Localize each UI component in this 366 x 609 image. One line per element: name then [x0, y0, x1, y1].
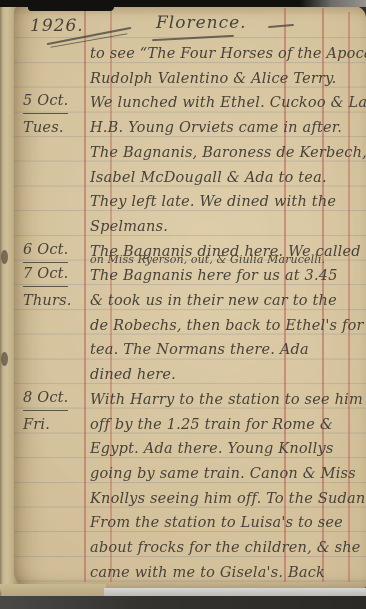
entry-text: The Bagnanis here for us at 3.45: [90, 264, 338, 289]
entry-rows: to see “The Four Horses of the Apocalyps…: [0, 0, 366, 609]
entry-text: about frocks for the children, & she: [90, 536, 361, 561]
entry-date: 8 Oct.: [23, 388, 68, 411]
diary-line: Egypt. Ada there. Young Knollys: [0, 437, 366, 462]
diary-line: dined here.: [0, 363, 366, 388]
diary-line: tea. The Normans there. Ada: [0, 338, 366, 363]
entry-text: The Bagnanis, Baroness de Kerbech,: [90, 141, 366, 166]
entry-text: tea. The Normans there. Ada: [90, 338, 309, 363]
diary-line: about frocks for the children, & she: [0, 536, 366, 561]
entry-text: Knollys seeing him off. To the Sudan.: [90, 487, 366, 512]
diary-line: de Robechs, then back to Ethel's for: [0, 314, 366, 339]
diary-line: The Bagnanis, Baroness de Kerbech,: [0, 141, 366, 166]
diary-line: 5 Oct.We lunched with Ethel. Cuckoo & La…: [0, 91, 366, 116]
diary-photo: 1926. Florence. to see “The Four Horses …: [0, 0, 366, 609]
diary-line: From the station to Luisa's to see: [0, 511, 366, 536]
entry-text: & took us in their new car to the: [90, 289, 337, 314]
entry-text: off by the 1.25 train for Rome &: [90, 413, 333, 438]
diary-line: Thurs.& took us in their new car to the: [0, 289, 366, 314]
entry-date: Tues.: [23, 116, 64, 141]
entry-text: Rudolph Valentino & Alice Terry.: [90, 67, 336, 92]
diary-line: Tues.H.B. Young Orviets came in after.: [0, 116, 366, 141]
diary-line: They left late. We dined with the: [0, 190, 366, 215]
entry-text: H.B. Young Orviets came in after.: [90, 116, 342, 141]
entry-text: With Harry to the station to see him: [90, 388, 363, 413]
diary-line: Knollys seeing him off. To the Sudan.: [0, 487, 366, 512]
entry-text: Egypt. Ada there. Young Knollys: [90, 437, 334, 462]
diary-line: Isabel McDougall & Ada to tea.: [0, 166, 366, 191]
entry-text: Spelmans.: [90, 215, 168, 240]
photo-top-strip: [28, 0, 114, 11]
diary-line: came with me to Gisela's. Back: [0, 561, 366, 586]
diary-line: to see “The Four Horses of the Apocalyps…: [0, 42, 366, 67]
entry-text: to see “The Four Horses of the Apocalyps…: [90, 42, 366, 67]
entry-date: 5 Oct.: [23, 91, 68, 114]
entry-text: came with me to Gisela's. Back: [90, 561, 325, 586]
entry-date: 7 Oct.: [23, 264, 68, 287]
entry-text: We lunched with Ethel. Cuckoo & Lady: [90, 91, 366, 116]
entry-date: Fri.: [23, 413, 50, 438]
diary-line: Spelmans.: [0, 215, 366, 240]
entry-date: Thurs.: [23, 289, 72, 314]
diary-line: Rudolph Valentino & Alice Terry.: [0, 67, 366, 92]
diary-line: 7 Oct.The Bagnanis here for us at 3.45: [0, 264, 366, 289]
entry-text: going by same train. Canon & Miss: [90, 462, 356, 487]
entry-text: de Robechs, then back to Ethel's for: [90, 314, 364, 339]
diary-line: Fri.off by the 1.25 train for Rome &: [0, 413, 366, 438]
entry-text: They left late. We dined with the: [90, 190, 336, 215]
entry-text: From the station to Luisa's to see: [90, 511, 343, 536]
diary-line: 8 Oct.With Harry to the station to see h…: [0, 388, 366, 413]
entry-text: dined here.: [90, 363, 176, 388]
entry-text: Isabel McDougall & Ada to tea.: [90, 166, 327, 191]
diary-line: going by same train. Canon & Miss: [0, 462, 366, 487]
